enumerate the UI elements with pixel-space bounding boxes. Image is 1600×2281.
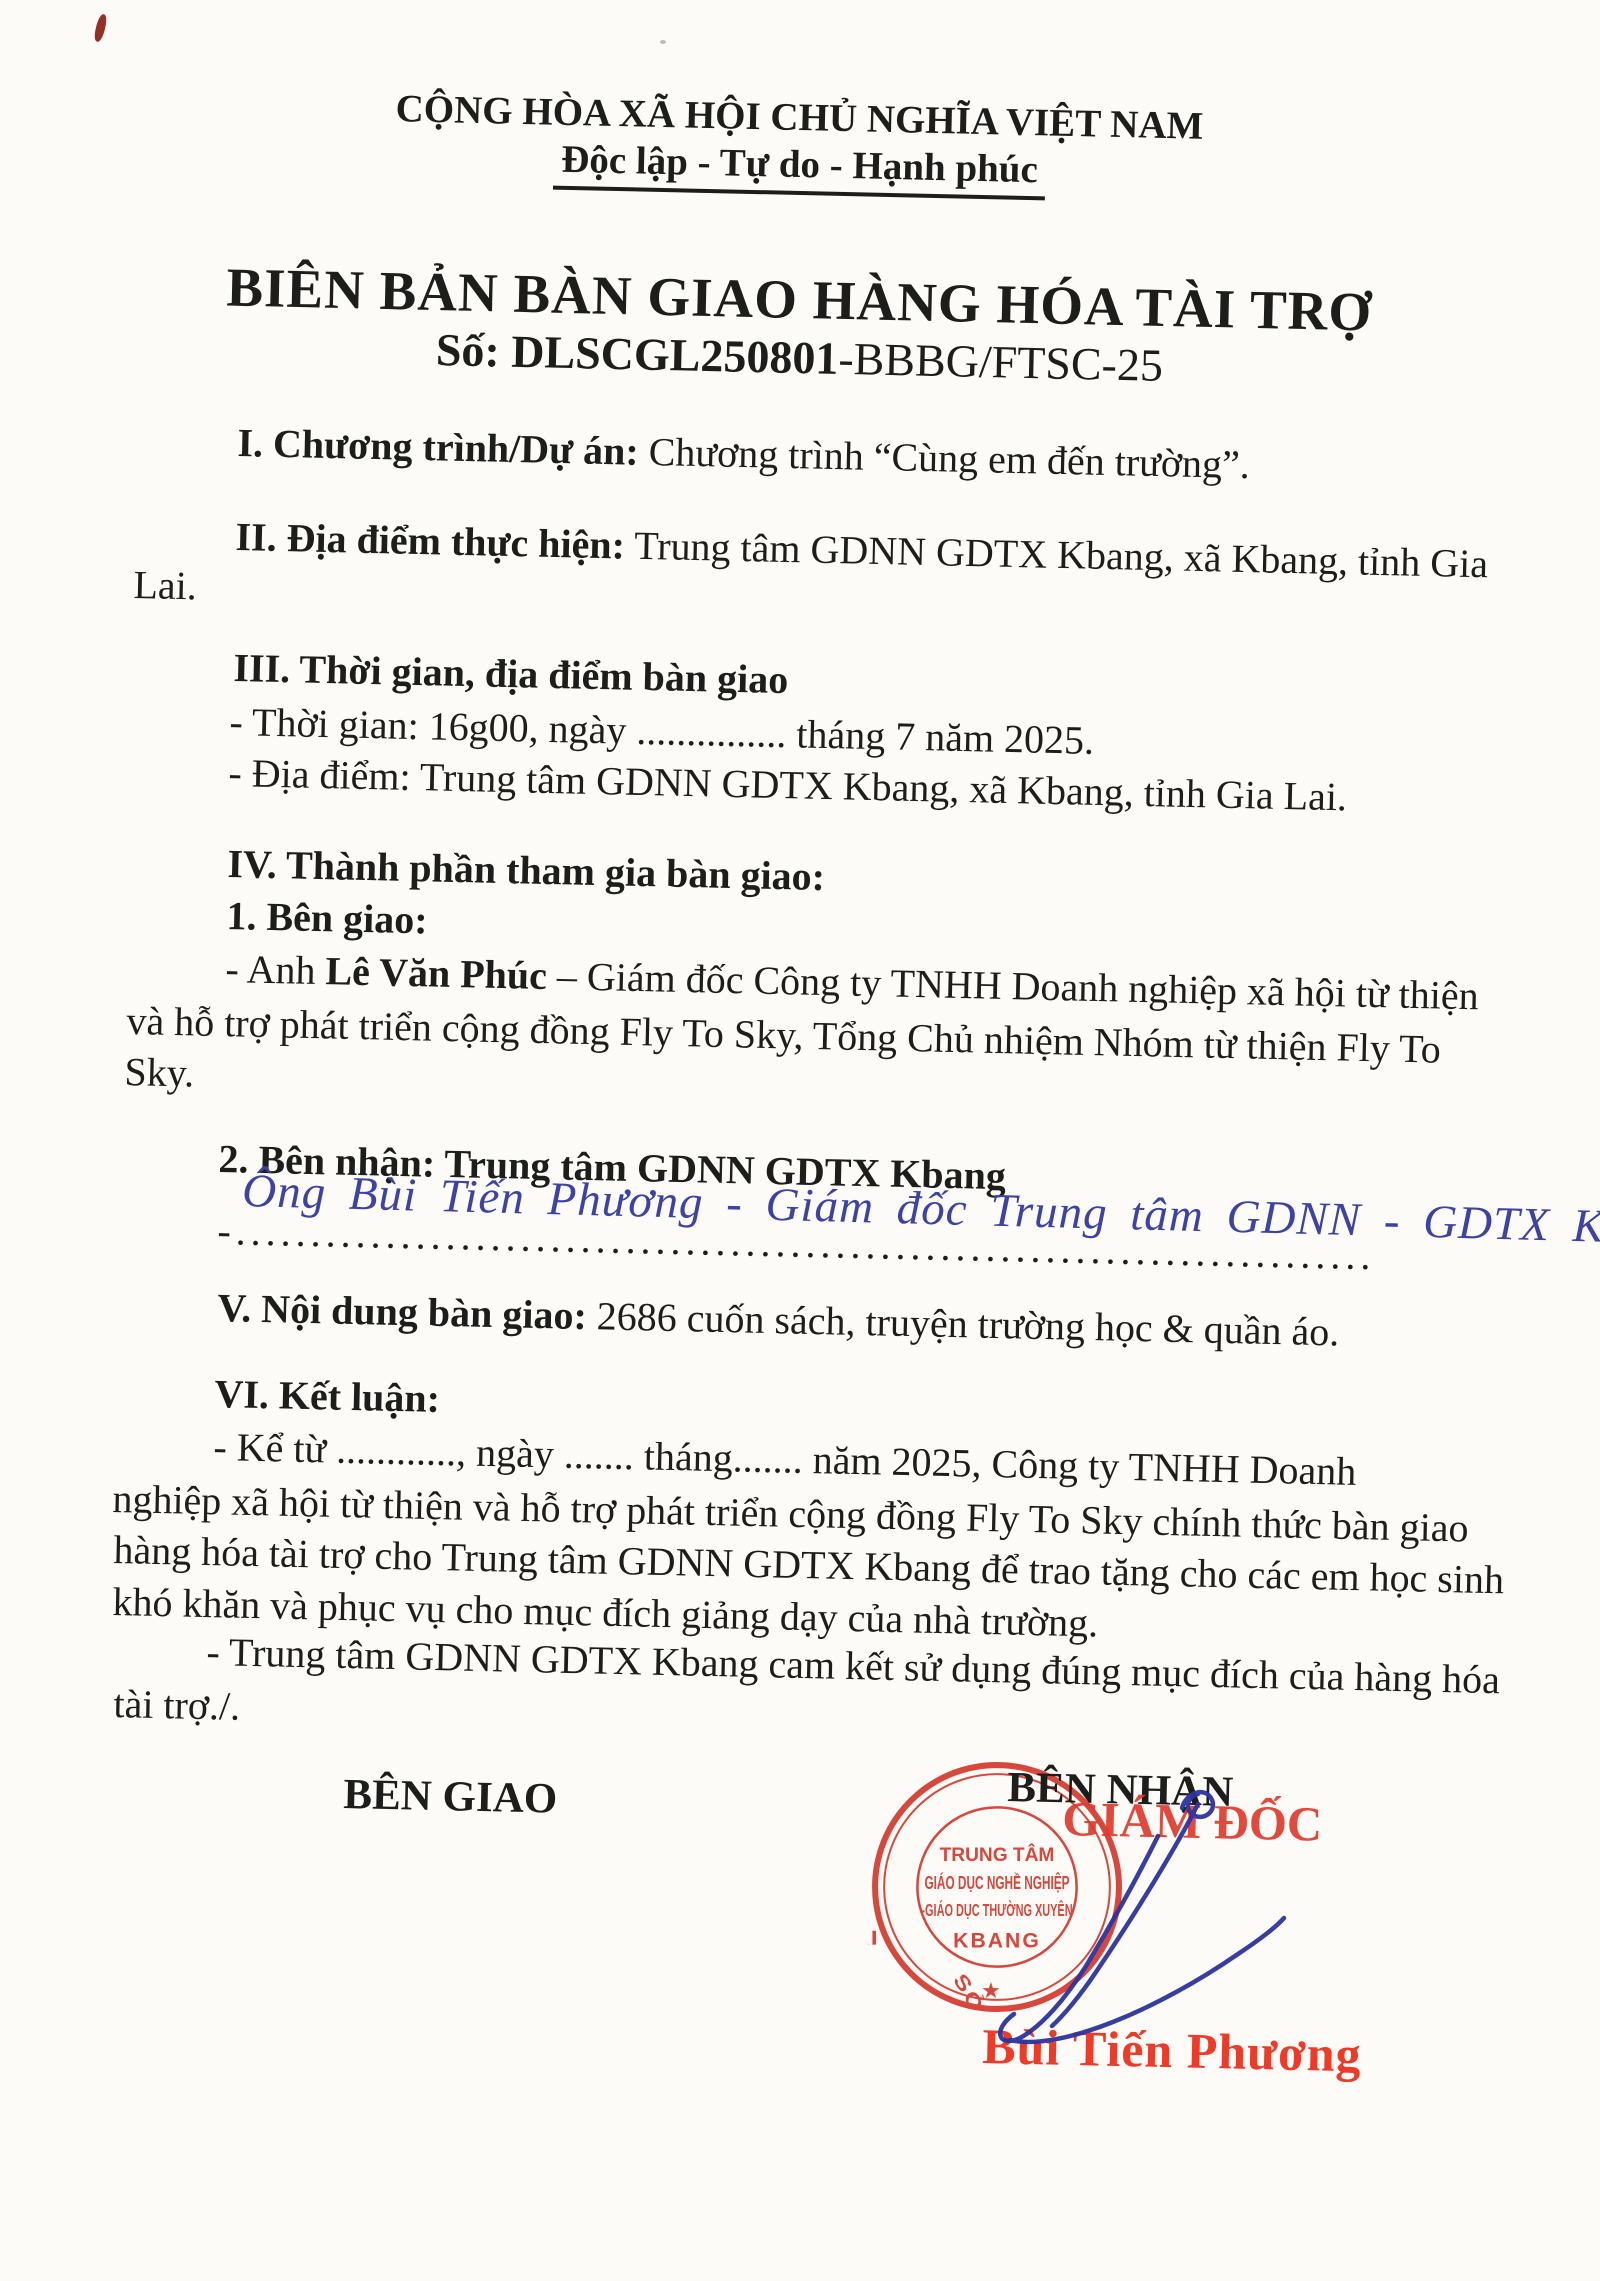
- giver-line1-pre: - Anh: [225, 946, 326, 993]
- giver-line1-rest: – Giám đốc Công ty TNHH Doanh nghiệp xã …: [546, 953, 1479, 1018]
- giver-signature-label: BÊN GIAO: [343, 1770, 558, 1824]
- conclusion-p2-line2: tài trợ./.: [113, 1681, 241, 1730]
- scan-speck: [660, 40, 666, 44]
- section-location-label: II. Địa điểm thực hiện:: [235, 514, 625, 567]
- section-program: I. Chương trình/Dự án: Chương trình “Cùn…: [237, 420, 1250, 488]
- section-location: II. Địa điểm thực hiện: Trung tâm GDNN G…: [235, 514, 1489, 587]
- section-program-value: Chương trình “Cùng em đến trường”.: [638, 429, 1250, 487]
- giver-subheading: 1. Bên giao:: [226, 893, 428, 943]
- section-content-label: V. Nội dung bàn giao:: [217, 1285, 587, 1338]
- giver-line3: Sky.: [124, 1049, 195, 1097]
- giver-name: Lê Văn Phúc: [325, 948, 547, 998]
- section-participants-heading: IV. Thành phần tham gia bàn giao:: [227, 841, 826, 900]
- section-place-line: - Địa điểm: Trung tâm GDNN GDTX Kbang, x…: [228, 750, 1347, 820]
- document-number-bold: Số: DLSCGL250801: [435, 324, 839, 384]
- document-number-rest: -BBBG/FTSC-25: [838, 333, 1164, 391]
- section-time-heading: III. Thời gian, địa điểm bàn giao: [233, 645, 789, 703]
- red-ink-mark: [93, 13, 109, 42]
- scanned-document-page: CỘNG HÒA XÃ HỘI CHỦ NGHĨA VIỆT NAM Độc l…: [0, 0, 1600, 2281]
- section-content: V. Nội dung bàn giao: 2686 cuốn sách, tr…: [217, 1285, 1340, 1355]
- section-conclusion-heading: VI. Kết luận:: [214, 1371, 441, 1422]
- receiver-signature-ink: [900, 1740, 1360, 2080]
- section-program-label: I. Chương trình/Dự án:: [237, 420, 639, 474]
- section-location-value: Trung tâm GDNN GDTX Kbang, xã Kbang, tỉn…: [625, 522, 1489, 586]
- section-content-value: 2686 cuốn sách, truyện trường học & quần…: [586, 1293, 1339, 1354]
- motto-underlined-text: Độc lập - Tự do - Hạnh phúc: [553, 138, 1047, 201]
- signature-second-stroke: [1000, 1836, 1158, 2041]
- signature-flourish-stroke: [1010, 1918, 1284, 2042]
- section-location-wrap: Lai.: [133, 562, 197, 609]
